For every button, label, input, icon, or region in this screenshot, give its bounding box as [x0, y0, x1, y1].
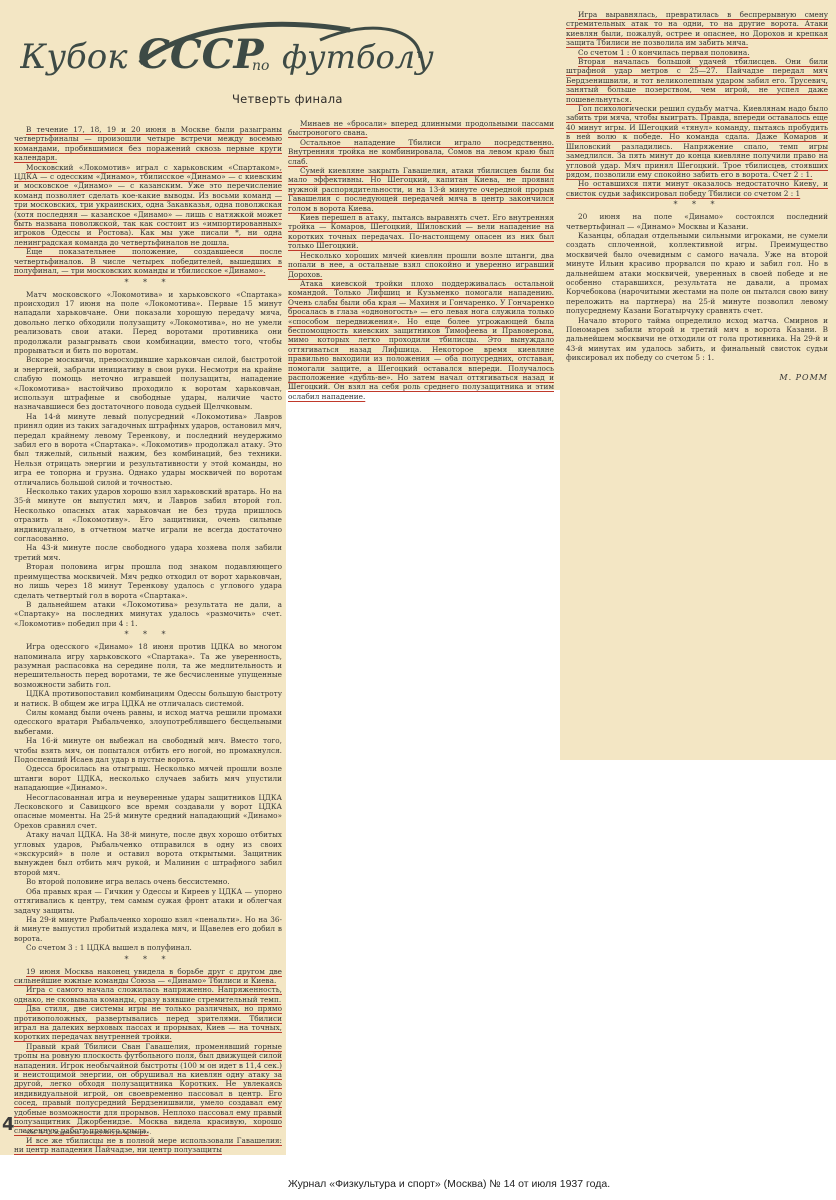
- article-paragraph: Во второй половине игра велась очень бес…: [14, 877, 282, 886]
- column-left: В течение 17, 18, 19 и 20 июня в Москве …: [14, 125, 282, 1155]
- column-right: Игра выравнялась, превратилась в беспрер…: [566, 10, 828, 382]
- article-paragraph: Вторая половина игры прошла под знаком п…: [14, 562, 282, 600]
- article-paragraph: 20 июня на поле «Динамо» состоялся после…: [566, 212, 828, 231]
- masthead-word-ussr: СССР: [138, 31, 266, 78]
- article-section-tbilisi-kiev-end: Игра выравнялась, превратилась в беспрер…: [566, 10, 828, 198]
- article-subtitle: Четверть финала: [232, 92, 343, 106]
- article-paragraph: Остальное нападение Тбилиси играло посре…: [288, 138, 554, 166]
- author-signature: М. РОММ: [566, 373, 828, 382]
- article-paragraph: Вторая началась большой удачей тбилисцев…: [566, 57, 828, 104]
- article-paragraph: Еще показательнее положение, создавшееся…: [14, 247, 282, 275]
- article-paragraph: Вскоре москвичи, превосходившие харьковч…: [14, 355, 282, 411]
- article-section-tbilisi-kiev-start: 19 июня Москва наконец увидела в борьбе …: [14, 967, 282, 1155]
- article-paragraph: Игра одесского «Динамо» 18 июня против Ц…: [14, 642, 282, 689]
- article-paragraph: Два стиля, две системы игры не только ра…: [14, 1004, 282, 1042]
- article-paragraph: В дальнейшем атаки «Локомотива» результа…: [14, 600, 282, 628]
- article-paragraph: Со счетом 1 : 0 кончилась первая половин…: [566, 48, 828, 57]
- article-section-dinamo-moscow-kazan: 20 июня на поле «Динамо» состоялся после…: [566, 212, 828, 363]
- article-paragraph: Атаку начал ЦДКА. На 38-й минуте, после …: [14, 830, 282, 877]
- article-paragraph: На 16-й минуте он выбежал на свободный м…: [14, 736, 282, 764]
- page-number: 4: [2, 1114, 15, 1135]
- section-separator: * * *: [14, 630, 282, 640]
- article-paragraph: На 43-й минуте после свободного удара хо…: [14, 543, 282, 562]
- article-paragraph: На 14-й минуте левый полусредний «Локомо…: [14, 412, 282, 487]
- article-paragraph: Со счетом 3 : 1 ЦДКА вышел в полуфинал.: [14, 943, 282, 952]
- article-paragraph: Оба правых края — Гичкин у Одессы и Кире…: [14, 887, 282, 915]
- article-paragraph: В течение 17, 18, 19 и 20 июня в Москве …: [14, 125, 282, 163]
- article-paragraph: Матч московского «Локомотива» и харьковс…: [14, 290, 282, 356]
- article-paragraph: Игра выравнялась, превратилась в беспрер…: [566, 10, 828, 48]
- column-middle: Минаев не «бросали» вперед длинными прод…: [288, 119, 554, 401]
- article-paragraph: Несогласованная игра и неуверенные удары…: [14, 793, 282, 831]
- article-section-cdka-dinamo-odessa: Игра одесского «Динамо» 18 июня против Ц…: [14, 642, 282, 952]
- article-paragraph: Игра с самого начала сложилась напряженн…: [14, 985, 282, 1004]
- article-section-tbilisi-kiev-cont: Минаев не «бросали» вперед длинными прод…: [288, 119, 554, 401]
- article-paragraph: Атака киевской тройки плохо поддерживала…: [288, 279, 554, 401]
- article-paragraph: Киев перешел в атаку, пытаясь выравнять …: [288, 213, 554, 251]
- masthead-word-po: по: [252, 58, 269, 74]
- footnote: * См. № 13 журнала «Физкультура и спорт»…: [22, 1130, 151, 1136]
- article-paragraph: Начало второго тайма определило исход ма…: [566, 316, 828, 363]
- article-paragraph: И все же тбилисцы не в полной мере испол…: [14, 1136, 282, 1155]
- article-paragraph: Московский «Локомотив» играл с харьковск…: [14, 163, 282, 248]
- masthead-word-kubok: Кубок: [20, 37, 128, 77]
- article-paragraph: 19 июня Москва наконец увидела в борьбе …: [14, 967, 282, 986]
- masthead-lettering: Кубок СССР по футболу: [20, 18, 440, 78]
- image-caption: Журнал «Физкультура и спорт» (Москва) № …: [288, 1178, 610, 1190]
- masthead-word-futbolu: футболу: [282, 38, 434, 76]
- article-paragraph: Сумей киевляне закрыть Гавашелия, атаки …: [288, 166, 554, 213]
- section-separator: * * *: [566, 200, 828, 210]
- article-paragraph: Силы команд были очень равны, и исход ма…: [14, 708, 282, 736]
- article-paragraph: На 29-й минуте Рыбальченко хорошо взял «…: [14, 915, 282, 943]
- section-separator: * * *: [14, 955, 282, 965]
- article-paragraph: Несколько хороших мячей киевлян прошли в…: [288, 251, 554, 279]
- masthead-title: Кубок СССР по футболу: [20, 18, 440, 78]
- article-paragraph: Правый край Тбилиси Сван Гавашелия, пром…: [14, 1042, 282, 1136]
- article-section-lokomotiv-spartak: Матч московского «Локомотива» и харьковс…: [14, 290, 282, 629]
- article-paragraph: Одесса бросилась на отыгрыш. Несколько м…: [14, 764, 282, 792]
- article-paragraph: Казанцы, обладая отдельными сильными игр…: [566, 231, 828, 316]
- article-paragraph: Но оставшихся пяти минут оказалось недос…: [566, 179, 828, 198]
- article-paragraph: Несколько таких ударов хорошо взял харьк…: [14, 487, 282, 543]
- article-paragraph: Минаев не «бросали» вперед длинными прод…: [288, 119, 554, 138]
- article-section-intro: В течение 17, 18, 19 и 20 июня в Москве …: [14, 125, 282, 276]
- section-separator: * * *: [14, 278, 282, 288]
- article-paragraph: Гол психологически решил судьбу матча. К…: [566, 104, 828, 179]
- article-paragraph: ЦДКА противопоставил комбинациям Одессы …: [14, 689, 282, 708]
